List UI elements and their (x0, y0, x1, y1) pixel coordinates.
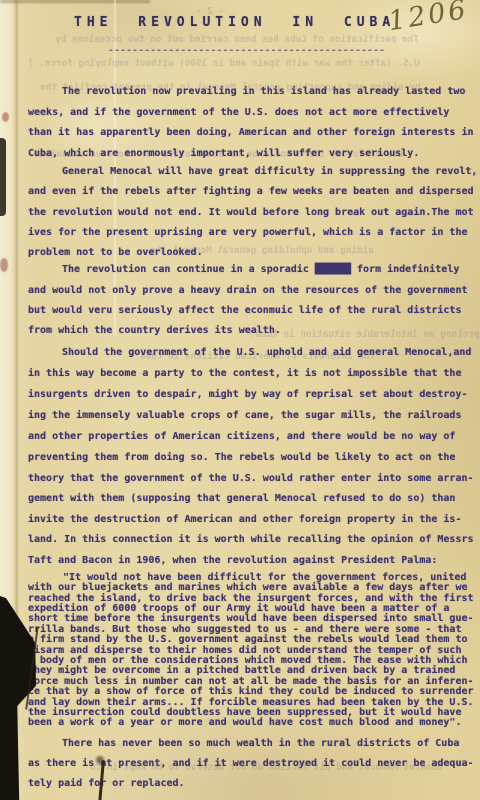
typed-line: problem not to be overlooked. (28, 247, 203, 258)
typed-line: the revolution would not end. It would b… (28, 207, 474, 218)
typed-line: in this way become a party to the contes… (28, 368, 461, 379)
typed-line: and other properties of American citizen… (28, 431, 455, 442)
typed-line: preventing them from doing so. The rebel… (28, 452, 455, 463)
quote-line: been a work of a year or more and would … (28, 717, 461, 728)
ink-stain (2, 112, 9, 122)
edge-dark-sliver (0, 138, 6, 216)
typed-line: as there is at present, and if it were d… (28, 758, 474, 769)
typed-line: The revolution now prevailing in this is… (62, 86, 465, 97)
typed-line: invite the destruction of American and o… (28, 514, 461, 525)
pen-stroke-blot (96, 756, 104, 764)
quote-line: with our bluejackets and marines which w… (28, 582, 468, 593)
bleedthrough-line: U.S. (after the war with Spain and in 19… (28, 59, 420, 69)
bleedthrough-line: to prolong an intolerable situation in C… (250, 330, 480, 340)
typed-line: The revolution can continue in a sporadi… (62, 264, 459, 275)
typed-line: land. In this connection it is worth whi… (28, 534, 474, 545)
typed-line: Should the government of the U.S. uphold… (62, 347, 471, 358)
catalog-number-handwritten: 1206 (386, 0, 471, 37)
typed-line: than it has apparently been doing, Ameri… (28, 127, 474, 138)
typed-line: Taft and Bacon in 1906, when the revolut… (28, 555, 437, 566)
quote-line: ce that by a show of force of this kind … (28, 686, 474, 697)
document-page: - 2 -The pacification of Cuba has been c… (0, 0, 480, 800)
typed-line: insurgents driven to despair, might by w… (28, 389, 468, 400)
top-edge-shadow (0, 0, 150, 3)
typed-line: gement with them (supposing that general… (28, 493, 455, 504)
typed-line: and would not only prove a heavy drain o… (28, 285, 468, 296)
quote-line: a firm stand by the U.S. government agai… (28, 634, 468, 645)
typed-line: ives for the present uprising are very p… (28, 227, 468, 238)
typed-line: General Menocal will have great difficul… (62, 166, 477, 177)
quote-line: short time before the insurgents would h… (28, 613, 474, 624)
typed-line: Cuba, which are enormously important, wi… (28, 148, 419, 159)
page-title: THE REVOLUTION IN CUBA (74, 15, 395, 30)
typed-line: There has never been so much wealth in t… (62, 738, 459, 749)
typed-line: but would veru seriously affect the econ… (28, 305, 461, 316)
typed-line: and even if the rebels after fighting a … (28, 186, 474, 197)
title-underline: ----------------------------------------… (108, 45, 385, 56)
typed-line: tely paid for or replaced. (28, 778, 185, 789)
typed-line: theory that the government of the U.S. w… (28, 473, 474, 484)
ink-stain (0, 258, 8, 272)
bleedthrough-line: The pacification of Cuba has been carrie… (55, 35, 419, 45)
typed-line: weeks, and if the government of the U.S.… (28, 107, 449, 118)
typed-line: from which the country derives its wealt… (28, 325, 281, 336)
typed-line: ing the immensely valuable crops of cane… (28, 410, 461, 421)
quote-line: they might be overcome in a pitched batt… (28, 665, 455, 676)
